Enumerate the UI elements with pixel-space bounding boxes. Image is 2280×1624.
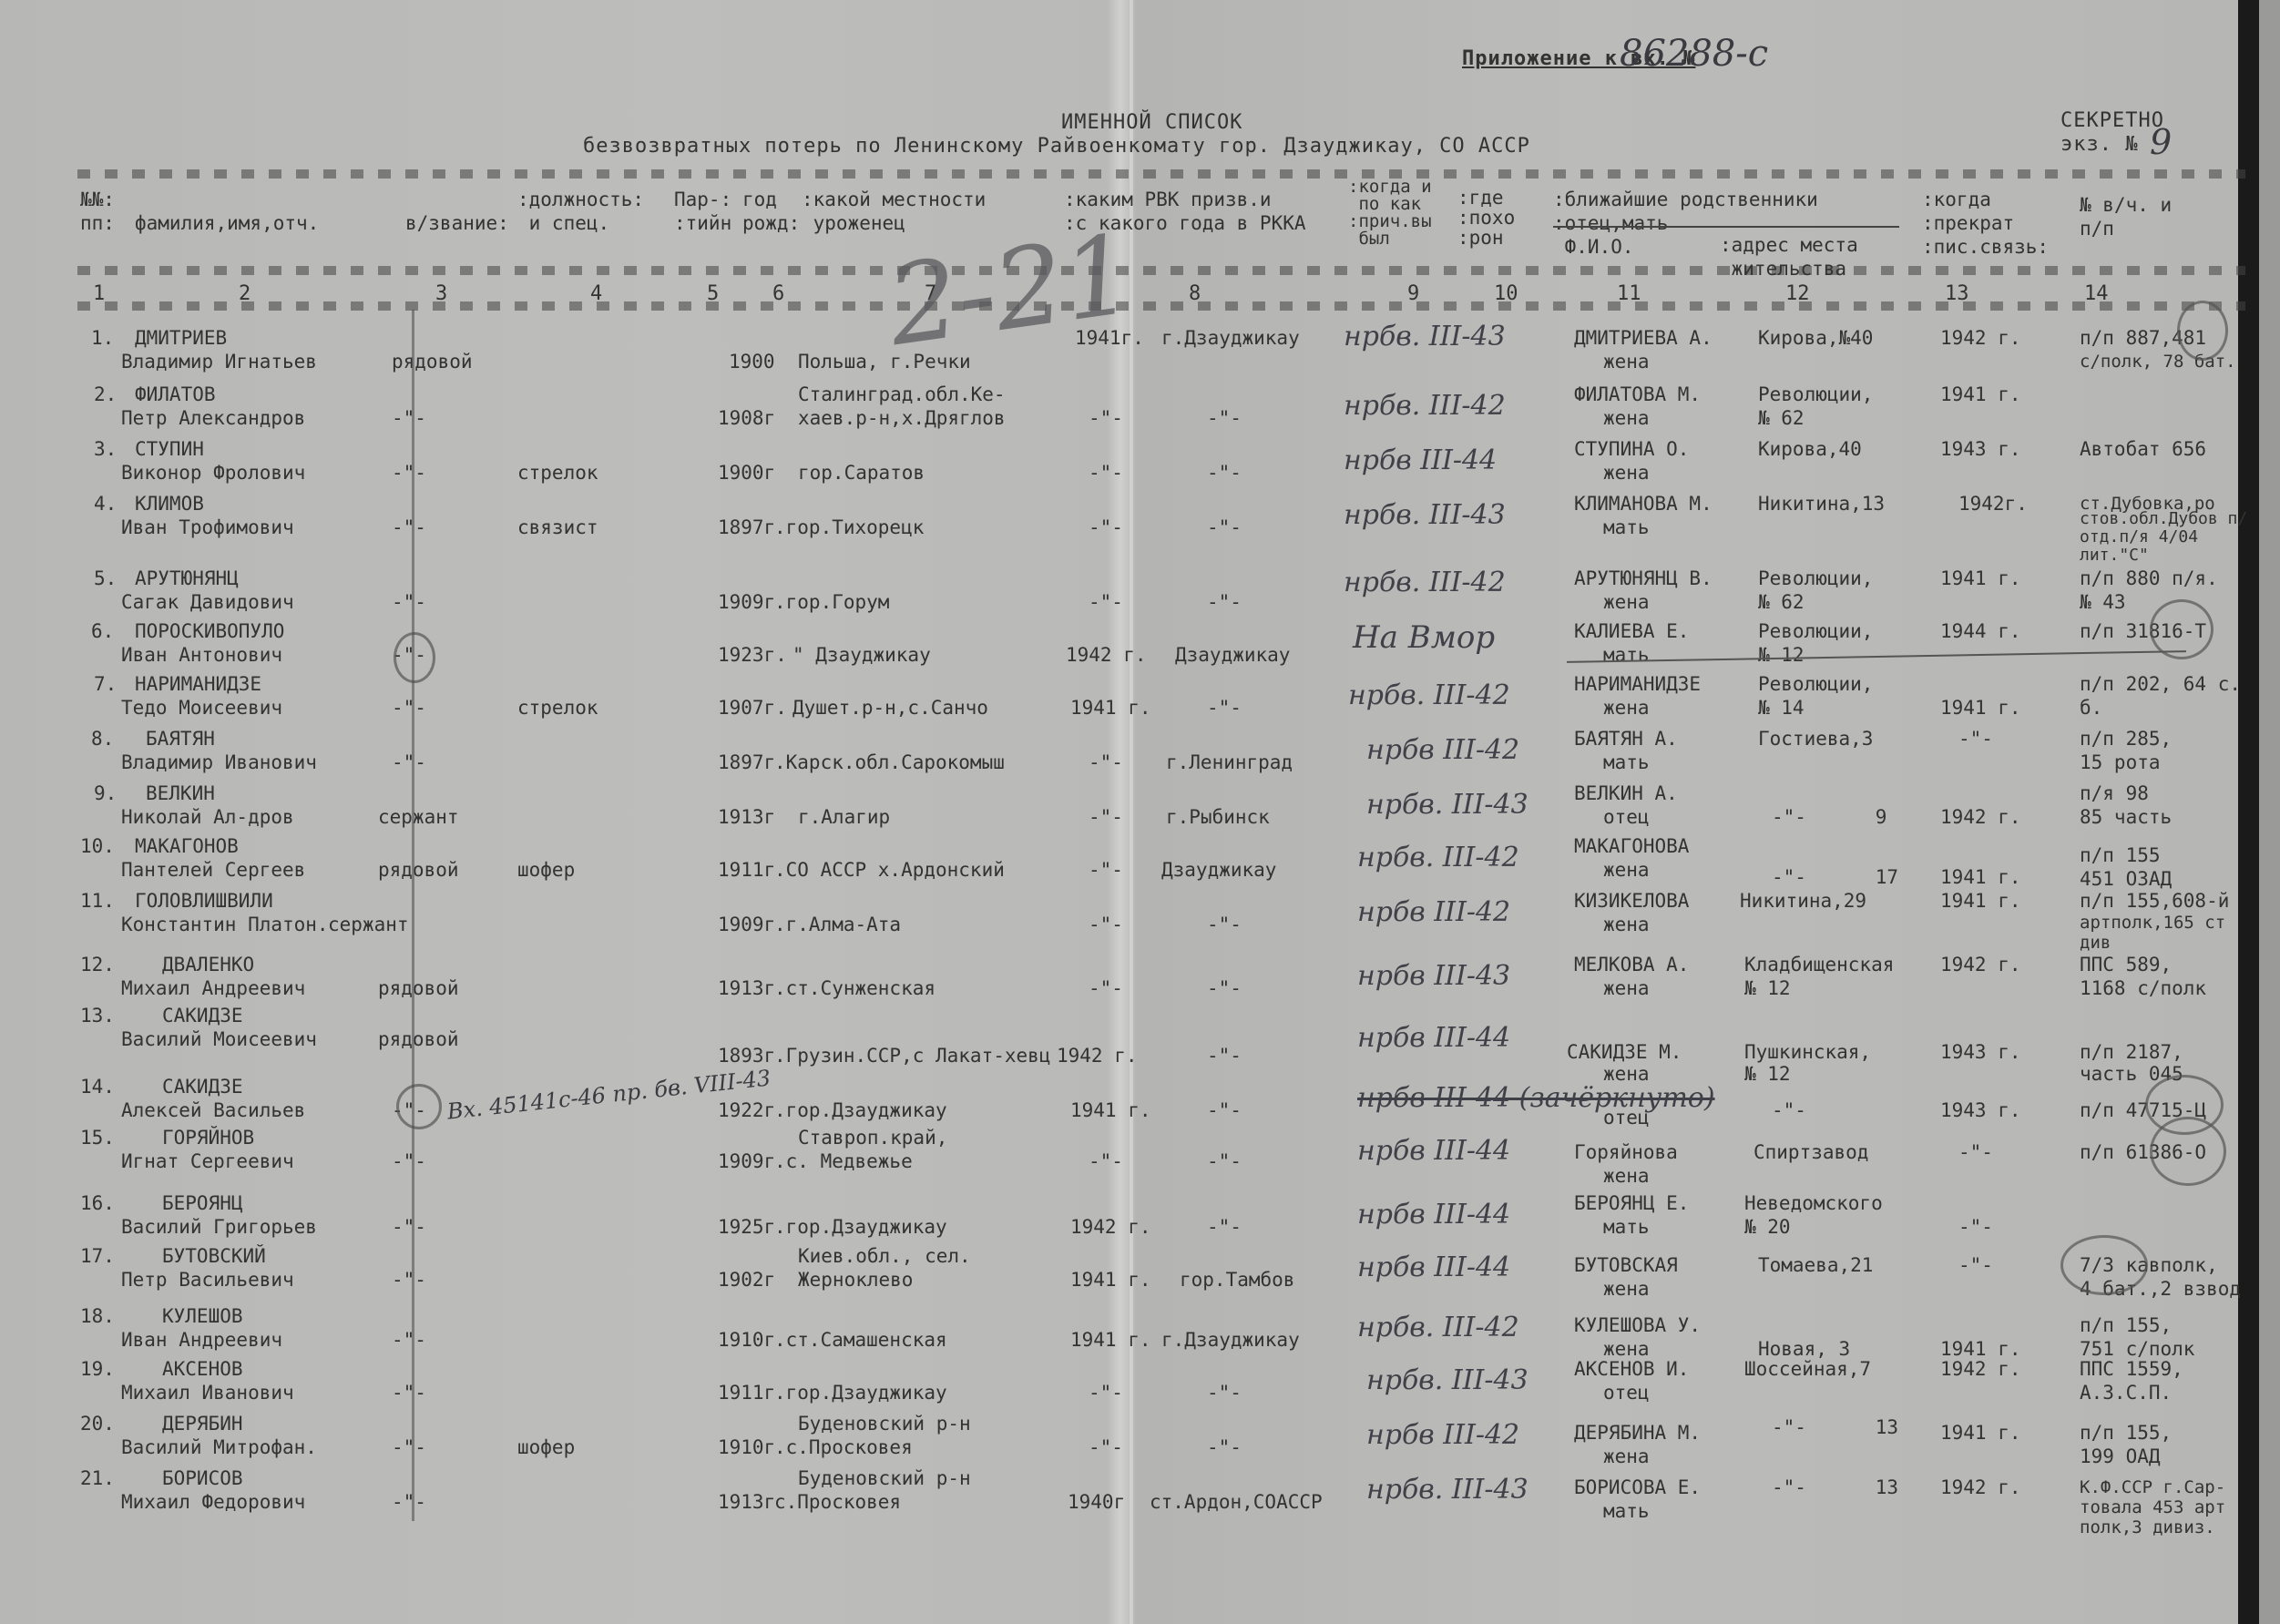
relative-name: ДЕРЯБИНА М.: [1574, 1421, 1701, 1445]
relative-type: жена: [1603, 1277, 1650, 1301]
rvk: -"-: [1207, 1381, 1242, 1404]
colnum-3: 3: [435, 282, 447, 305]
unit: п/я 98: [2080, 781, 2149, 805]
origin-1: Киев.обл., сел.: [798, 1244, 971, 1268]
rvk-year: 1941 г.: [1070, 1328, 1151, 1352]
unit-2: № 43: [2080, 590, 2126, 614]
given-name: Василий Григорьев: [121, 1215, 317, 1239]
rvk: ст.Ардон,СОАССР: [1150, 1490, 1323, 1514]
rvk: гор.Тамбов: [1180, 1268, 1294, 1292]
scan-edge: [2238, 0, 2259, 1624]
circled-rank-mark: [396, 1084, 442, 1129]
origin: г.Алагир: [798, 805, 890, 829]
birth-year: 1907г.: [718, 696, 787, 720]
relative-name: АРУТЮНЯНЦ В.: [1574, 567, 1713, 590]
given-name: Михаил Андреевич: [121, 976, 305, 1000]
origin: " Дзауджикау: [792, 643, 931, 667]
col7-label-b: уроженец: [802, 212, 905, 234]
origin-1: Ставроп.край,: [798, 1126, 947, 1149]
col4-label-b: и спец.: [517, 212, 609, 234]
col12-label-a: :адрес места: [1720, 234, 1858, 256]
col7-header: :какой местности уроженец: [802, 188, 986, 235]
origin: .Карск.обл.Сарокомыш: [774, 751, 1005, 774]
strike-line: [1567, 650, 2186, 663]
col1-header: №№:пп:: [80, 188, 115, 235]
relative-type: мать: [1603, 643, 1650, 667]
row-number: 16.: [80, 1191, 115, 1215]
row-number: 21.: [80, 1466, 115, 1490]
given-name: Михаил Иванович: [121, 1381, 294, 1404]
row-number: 17.: [80, 1244, 115, 1268]
address: -"- 17: [1772, 865, 1898, 889]
last-contact: 1943 г.: [1940, 1098, 2021, 1122]
row-number: 6.: [91, 619, 114, 643]
origin: Жерноклево: [798, 1268, 913, 1292]
row-number: 12.: [80, 953, 115, 976]
fate-mark: нрбв III-44: [1357, 1251, 1510, 1283]
last-contact: -"-: [1958, 727, 1993, 751]
fate-mark: нрбв. III-42: [1348, 679, 1510, 711]
colnum-14: 14: [2084, 282, 2109, 305]
origin: .гор.Горум: [774, 590, 889, 614]
unit: п/п 880 п/я.: [2080, 567, 2218, 590]
rvk: г.Рыбинск: [1166, 805, 1270, 829]
rvk-year: 1941 г.: [1070, 1098, 1151, 1122]
rvk-year: 1941 г.: [1070, 1268, 1151, 1292]
copy-label: экз. №: [2060, 133, 2138, 156]
surname: ГОРЯЙНОВ: [162, 1126, 254, 1149]
relative-type: жена: [1603, 590, 1650, 614]
rvk-year: -"-: [1089, 805, 1123, 829]
address: Томаева,21: [1758, 1253, 1873, 1277]
address: Революции,: [1758, 672, 1873, 696]
row-number: 3.: [94, 437, 117, 461]
unit-2: 199 ОАД: [2080, 1445, 2161, 1468]
last-contact: 1942г.: [1958, 492, 2028, 516]
birth-year: 1913г: [718, 1490, 775, 1514]
unit-2: 451 ОЗАД: [2080, 867, 2172, 891]
given-name: Виконор Фролович: [121, 461, 305, 485]
fate-mark: нрбв. III-43: [1344, 499, 1506, 531]
rank: сержант: [328, 913, 409, 936]
col14-label-b: п/п: [2080, 218, 2114, 240]
address: Никитина,29: [1740, 889, 1866, 913]
last-contact: 1941 г.: [1940, 1421, 2021, 1445]
fate-mark: нрбв. III-43: [1366, 1474, 1529, 1506]
address-2: № 12: [1758, 643, 1805, 667]
colnum-2: 2: [239, 282, 250, 305]
relative-type: жена: [1603, 696, 1650, 720]
row-number: 18.: [80, 1304, 115, 1328]
surname: САКИДЗЕ: [162, 1075, 243, 1098]
rvk: г.Ленинград: [1166, 751, 1293, 774]
address: -"- 9: [1772, 805, 1886, 829]
rvk: Дзауджикау: [1161, 858, 1276, 882]
surname: КЛИМОВ: [135, 492, 204, 516]
col7-label-a: :какой местности: [802, 189, 986, 210]
relative-name: МАКАГОНОВА: [1574, 834, 1689, 858]
colnum-9: 9: [1407, 282, 1419, 305]
rvk: -"-: [1207, 516, 1242, 539]
unit-2: стов.обл.Дубов п/отд.п/я 4/04 лит."С": [2080, 510, 2253, 565]
rank: сержант: [378, 805, 459, 829]
surname: СТУПИН: [135, 437, 204, 461]
given-name: Владимир Иванович: [121, 751, 317, 774]
rvk: -"-: [1207, 1044, 1242, 1067]
address-2: № 12: [1744, 1062, 1791, 1086]
rvk: -"-: [1207, 1435, 1242, 1459]
rvk-year: 1941г.: [1075, 326, 1144, 350]
fate-mark: нрбв. III-42: [1344, 390, 1506, 422]
circled-mark: [2177, 301, 2228, 361]
circled-unit-mark: [2060, 1235, 2148, 1295]
fate-mark: нрбв III-44: [1357, 1022, 1510, 1054]
rvk-year: -"-: [1089, 1381, 1123, 1404]
given-name: Василий Моисеевич: [121, 1027, 317, 1051]
surname: ПОРОСКИВОПУЛО: [135, 619, 284, 643]
address: -"- 13: [1772, 1415, 1898, 1439]
col11-label-b: :отец,мать: [1553, 212, 1668, 234]
given-name: Иван Трофимович: [121, 516, 294, 539]
row-number: 11.: [80, 889, 115, 913]
row-number: 10.: [80, 834, 115, 858]
col14-label-a: № в/ч. и: [2080, 194, 2172, 216]
fate-mark: нрбв III-44: [1344, 444, 1497, 476]
rvk: -"-: [1207, 913, 1242, 936]
unit: ППС 1559,: [2080, 1357, 2183, 1381]
fate-mark: нрбв III-44: [1357, 1135, 1510, 1167]
address: -"-: [1772, 1098, 1806, 1122]
surname: ФИЛАТОВ: [135, 383, 216, 406]
surname: АРУТЮНЯНЦ: [135, 567, 239, 590]
rvk-year: -"-: [1089, 976, 1123, 1000]
relative-type: жена: [1603, 913, 1650, 936]
surname: БУТОВСКИЙ: [162, 1244, 266, 1268]
fate-mark: нрбв. III-42: [1357, 1312, 1519, 1343]
rvk: -"-: [1207, 1149, 1242, 1173]
unit: п/п 202, 64 с.: [2080, 672, 2241, 696]
address-2: № 12: [1744, 976, 1791, 1000]
last-contact: 1941 г.: [1940, 567, 2021, 590]
col1-label-a: №№:: [80, 189, 115, 210]
rank: -"-: [392, 1381, 426, 1404]
given-name: Алексей Васильев: [121, 1098, 305, 1122]
rank: рядовой: [392, 350, 473, 373]
paper-fold-line: [1130, 0, 1133, 1624]
unit: Автобат 656: [2080, 437, 2206, 461]
rank: -"-: [392, 751, 426, 774]
header-rule-mid: [77, 266, 2245, 275]
birth-year: 1902г: [718, 1268, 775, 1292]
col14-header: № в/ч. ип/п: [2080, 193, 2172, 240]
copy-number: 9: [2150, 122, 2172, 162]
relative-type: мать: [1603, 516, 1650, 539]
relative-name: САКИДЗЕ М.: [1567, 1040, 1682, 1064]
header-rule-bottom: [77, 301, 2245, 311]
post: стрелок: [517, 696, 598, 720]
fate-mark: На Вмор: [1353, 619, 1495, 656]
surname: БОРИСОВ: [162, 1466, 243, 1490]
row-number: 1.: [91, 326, 114, 350]
relative-name: КУЛЕШОВА У.: [1574, 1313, 1701, 1337]
origin: Польша, г.Речки: [798, 350, 971, 373]
address: Неведомского: [1744, 1191, 1883, 1215]
col9-header: :когда и по как:прич.вы был: [1348, 179, 1432, 248]
rvk-year: -"-: [1089, 406, 1123, 430]
last-contact: 1943 г.: [1940, 437, 2021, 461]
relative-type: отец: [1603, 1106, 1650, 1129]
birth-year: 1897г: [718, 516, 775, 539]
birth-year: 1923г.: [718, 643, 787, 667]
last-contact: 1943 г.: [1940, 1040, 2021, 1064]
circled-unit-mark: [2150, 1117, 2226, 1186]
rvk-year: 1941 г.: [1070, 696, 1151, 720]
rvk-year: -"-: [1089, 461, 1123, 485]
address-2: № 14: [1758, 696, 1805, 720]
birth-year: 1913г: [718, 805, 775, 829]
birth-year: 1897г: [718, 751, 775, 774]
col9-label-d: был: [1348, 229, 1390, 249]
row-number: 13.: [80, 1004, 115, 1027]
surname: БЕРОЯНЦ: [162, 1191, 243, 1215]
birth-year: 1909г: [718, 913, 775, 936]
relative-name: АКСЕНОВ И.: [1574, 1357, 1689, 1381]
last-contact: -"-: [1958, 1253, 1993, 1277]
col10-header: :где:похо:рон: [1457, 188, 1515, 248]
origin: .СО АССР х.Ардонский: [774, 858, 1005, 882]
rank: -"-: [392, 696, 426, 720]
given-name: Константин Платон.: [121, 913, 329, 936]
relative-type: отец: [1603, 1381, 1650, 1404]
rank: -"-: [392, 406, 426, 430]
col12-label-b: жительства: [1720, 258, 1846, 280]
relative-type: жена: [1603, 1164, 1650, 1188]
fate-mark: нрбв. III-42: [1357, 842, 1519, 873]
unit-2: товала 453 арт полк,3 дивиз.: [2080, 1497, 2253, 1537]
rank: рядовой: [378, 1027, 459, 1051]
unit-2: 15 рота: [2080, 751, 2161, 774]
birth-year: 1913г: [718, 976, 775, 1000]
relative-name: ФИЛАТОВА М.: [1574, 383, 1701, 406]
fate-mark: нрбв III-42: [1366, 734, 1519, 766]
birth-year: 1900г: [718, 461, 775, 485]
rvk-year: 1942 г.: [1070, 1215, 1151, 1239]
origin-1: Буденовский р-н: [798, 1466, 971, 1490]
birth-year: 1909г: [718, 1149, 775, 1173]
given-name: Михаил Федорович: [121, 1490, 305, 1514]
birth-year: 1909г: [718, 590, 775, 614]
row-number: 9.: [94, 781, 117, 805]
rvk-year: -"-: [1089, 858, 1123, 882]
row-number: 14.: [80, 1075, 115, 1098]
address: Гостиева,3: [1758, 727, 1873, 751]
rank: -"-: [392, 516, 426, 539]
origin: .Грузин.ССР,с Лакат-хевц: [774, 1044, 1057, 1067]
surname: ВЕЛКИН: [146, 781, 215, 805]
given-name: Пантелей Сергеев: [121, 858, 305, 882]
origin: гор.Саратов: [798, 461, 925, 485]
fate-mark: нрбв III-44: [1357, 1199, 1510, 1231]
colnum-5: 5: [707, 282, 719, 305]
col4-header: :должность: и спец.: [517, 188, 644, 235]
origin: .ст.Самашенская: [774, 1328, 947, 1352]
relative-name: ДМИТРИЕВА А.: [1574, 326, 1713, 350]
rvk: -"-: [1207, 590, 1242, 614]
colnum-4: 4: [590, 282, 602, 305]
last-contact: 1944 г.: [1940, 619, 2021, 643]
address: Шоссейная,7: [1744, 1357, 1871, 1381]
rvk-year: 1942 г.: [1057, 1044, 1138, 1067]
rank: -"-: [392, 1490, 426, 1514]
secrecy-stamp: СЕКРЕТНО: [2060, 109, 2164, 132]
rvk: г.Дзауджикау: [1161, 1328, 1300, 1352]
rvk: -"-: [1207, 1098, 1242, 1122]
given-name: Игнат Сергеевич: [121, 1149, 294, 1173]
birth-year: 1908г: [718, 406, 775, 430]
rank: рядовой: [378, 858, 459, 882]
row-number: 20.: [80, 1412, 115, 1435]
rvk-year: 1940г: [1068, 1490, 1125, 1514]
surname: ДМИТРИЕВ: [135, 326, 227, 350]
relative-name: БАЯТЯН А.: [1574, 727, 1678, 751]
address: Кладбищенская: [1744, 953, 1894, 976]
fate-mark: нрбв. III-43: [1366, 1364, 1529, 1396]
col10-label-c: :рон: [1457, 227, 1504, 249]
unit: п/п 155,: [2080, 1313, 2172, 1337]
rank: -"-: [392, 1435, 426, 1459]
birth-year: 1911г: [718, 1381, 775, 1404]
col11-label-c: Ф.И.О.: [1553, 236, 1634, 258]
last-contact: 1942 г.: [1940, 1357, 2021, 1381]
relative-type: мать: [1603, 1499, 1650, 1523]
relative-type: жена: [1603, 406, 1650, 430]
relative-type: отец: [1603, 805, 1650, 829]
given-name: Иван Антонович: [121, 643, 282, 667]
unit-2: б.: [2080, 696, 2102, 720]
row-number: 15.: [80, 1126, 115, 1149]
address: Революции,: [1758, 619, 1873, 643]
address: Революции,: [1758, 383, 1873, 406]
origin: .с. Медвежье: [774, 1149, 913, 1173]
row-number: 2.: [94, 383, 117, 406]
relative-name: БЕРОЯНЦ Е.: [1574, 1191, 1689, 1215]
rank: рядовой: [378, 976, 459, 1000]
col2-header: фамилия,имя,отч.: [135, 211, 319, 235]
post: шофер: [517, 858, 575, 882]
relative-type: жена: [1603, 461, 1650, 485]
relative-type: мать: [1603, 1215, 1650, 1239]
address: Кирова,№40: [1758, 326, 1873, 350]
col3-header: в/звание:: [405, 211, 509, 235]
relative-name: ВЕЛКИН А.: [1574, 781, 1678, 805]
col5-header: Пар-::тийн: [674, 188, 731, 235]
col10-label-a: :где: [1457, 187, 1504, 209]
circled-rank-mark: [394, 632, 435, 683]
row-number: 8.: [91, 727, 114, 751]
unit-2: артполк,165 ст див: [2080, 913, 2253, 953]
birth-year: 1893г: [718, 1044, 775, 1067]
relative-type: жена: [1603, 1445, 1650, 1468]
fate-mark: нрбв. III-42: [1344, 567, 1506, 598]
last-contact: 1941 г.: [1940, 865, 2021, 889]
address: Пушкинская,: [1744, 1040, 1871, 1064]
address-2: № 62: [1758, 406, 1805, 430]
relative-type: жена: [1603, 976, 1650, 1000]
address-2: № 62: [1758, 590, 1805, 614]
last-contact: -"-: [1958, 1215, 1993, 1239]
rvk-year: -"-: [1089, 1149, 1123, 1173]
birth-year: 1910г: [718, 1328, 775, 1352]
col4-label-a: :должность:: [517, 189, 644, 210]
col13-label-a: :когда: [1922, 189, 1991, 210]
col6-header: годрожд:: [742, 188, 800, 235]
page-title: ИМЕННОЙ СПИСОК: [1061, 111, 1242, 134]
rvk-year: -"-: [1089, 751, 1123, 774]
col13-header: :когда:прекрат:пис.связь:: [1922, 188, 2049, 259]
col13-label-b: :прекрат: [1922, 212, 2014, 234]
origin: .гор.Тихорецк: [774, 516, 924, 539]
origin: .с.Просковея: [774, 1435, 913, 1459]
col5-label-a: Пар-:: [674, 189, 731, 210]
rank: -"-: [392, 1215, 426, 1239]
rank: -"-: [392, 1328, 426, 1352]
post: стрелок: [517, 461, 598, 485]
col1-label-b: пп:: [80, 212, 115, 234]
relative-name: КИЗИКЕЛОВА: [1574, 889, 1689, 913]
origin: .гор.Дзауджикау: [774, 1098, 947, 1122]
origin: .г.Алма-Ата: [774, 913, 901, 936]
colnum-10: 10: [1494, 282, 1518, 305]
origin-1: Буденовский р-н: [798, 1412, 971, 1435]
fate-mark: нрбв. III-43: [1344, 321, 1506, 352]
colnum-6: 6: [772, 282, 784, 305]
last-contact: 1942 г.: [1940, 805, 2021, 829]
origin: .ст.Сунженская: [774, 976, 936, 1000]
row-number: 4.: [94, 492, 117, 516]
row-number: 5.: [94, 567, 117, 590]
relative-name: КАЛИЕВА Е.: [1574, 619, 1689, 643]
post: связист: [517, 516, 598, 539]
given-name: Петр Васильевич: [121, 1268, 294, 1292]
rvk: -"-: [1207, 976, 1242, 1000]
surname: НАРИМАНИДЗЕ: [135, 672, 261, 696]
col11-label-a: :ближайшие родственники: [1553, 189, 1818, 210]
unit: ППС 589,: [2080, 953, 2172, 976]
origin: .гор.Дзауджикау: [774, 1215, 947, 1239]
rvk-year: -"-: [1089, 1435, 1123, 1459]
colnum-12: 12: [1785, 282, 1810, 305]
col13-label-c: :пис.связь:: [1922, 236, 2049, 258]
rvk: -"-: [1207, 1215, 1242, 1239]
rvk: г.Дзауджикау: [1161, 326, 1300, 350]
header-rule-top: [77, 169, 2245, 179]
annex-number: 86288-с: [1620, 33, 1768, 75]
given-name: Иван Андреевич: [121, 1328, 282, 1352]
origin: Душет.р-н,с.Санчо: [792, 696, 988, 720]
page-subtitle: безвозвратных потерь по Ленинскому Райво…: [583, 135, 1530, 158]
relative-name: БУТОВСКАЯ: [1574, 1253, 1678, 1277]
surname: ГОЛОВЛИШВИЛИ: [135, 889, 273, 913]
post: шофер: [517, 1435, 575, 1459]
relative-name: СТУПИНА О.: [1574, 437, 1689, 461]
surname: ДВАЛЕНКО: [162, 953, 254, 976]
unit: п/п 2187,: [2080, 1040, 2183, 1064]
rvk: -"-: [1207, 461, 1242, 485]
col8-label-a: :каким РВК призв.и: [1064, 189, 1272, 210]
address: -"- 13: [1772, 1476, 1898, 1499]
colnum-11: 11: [1617, 282, 1641, 305]
given-name: Тедо Моисеевич: [121, 696, 282, 720]
